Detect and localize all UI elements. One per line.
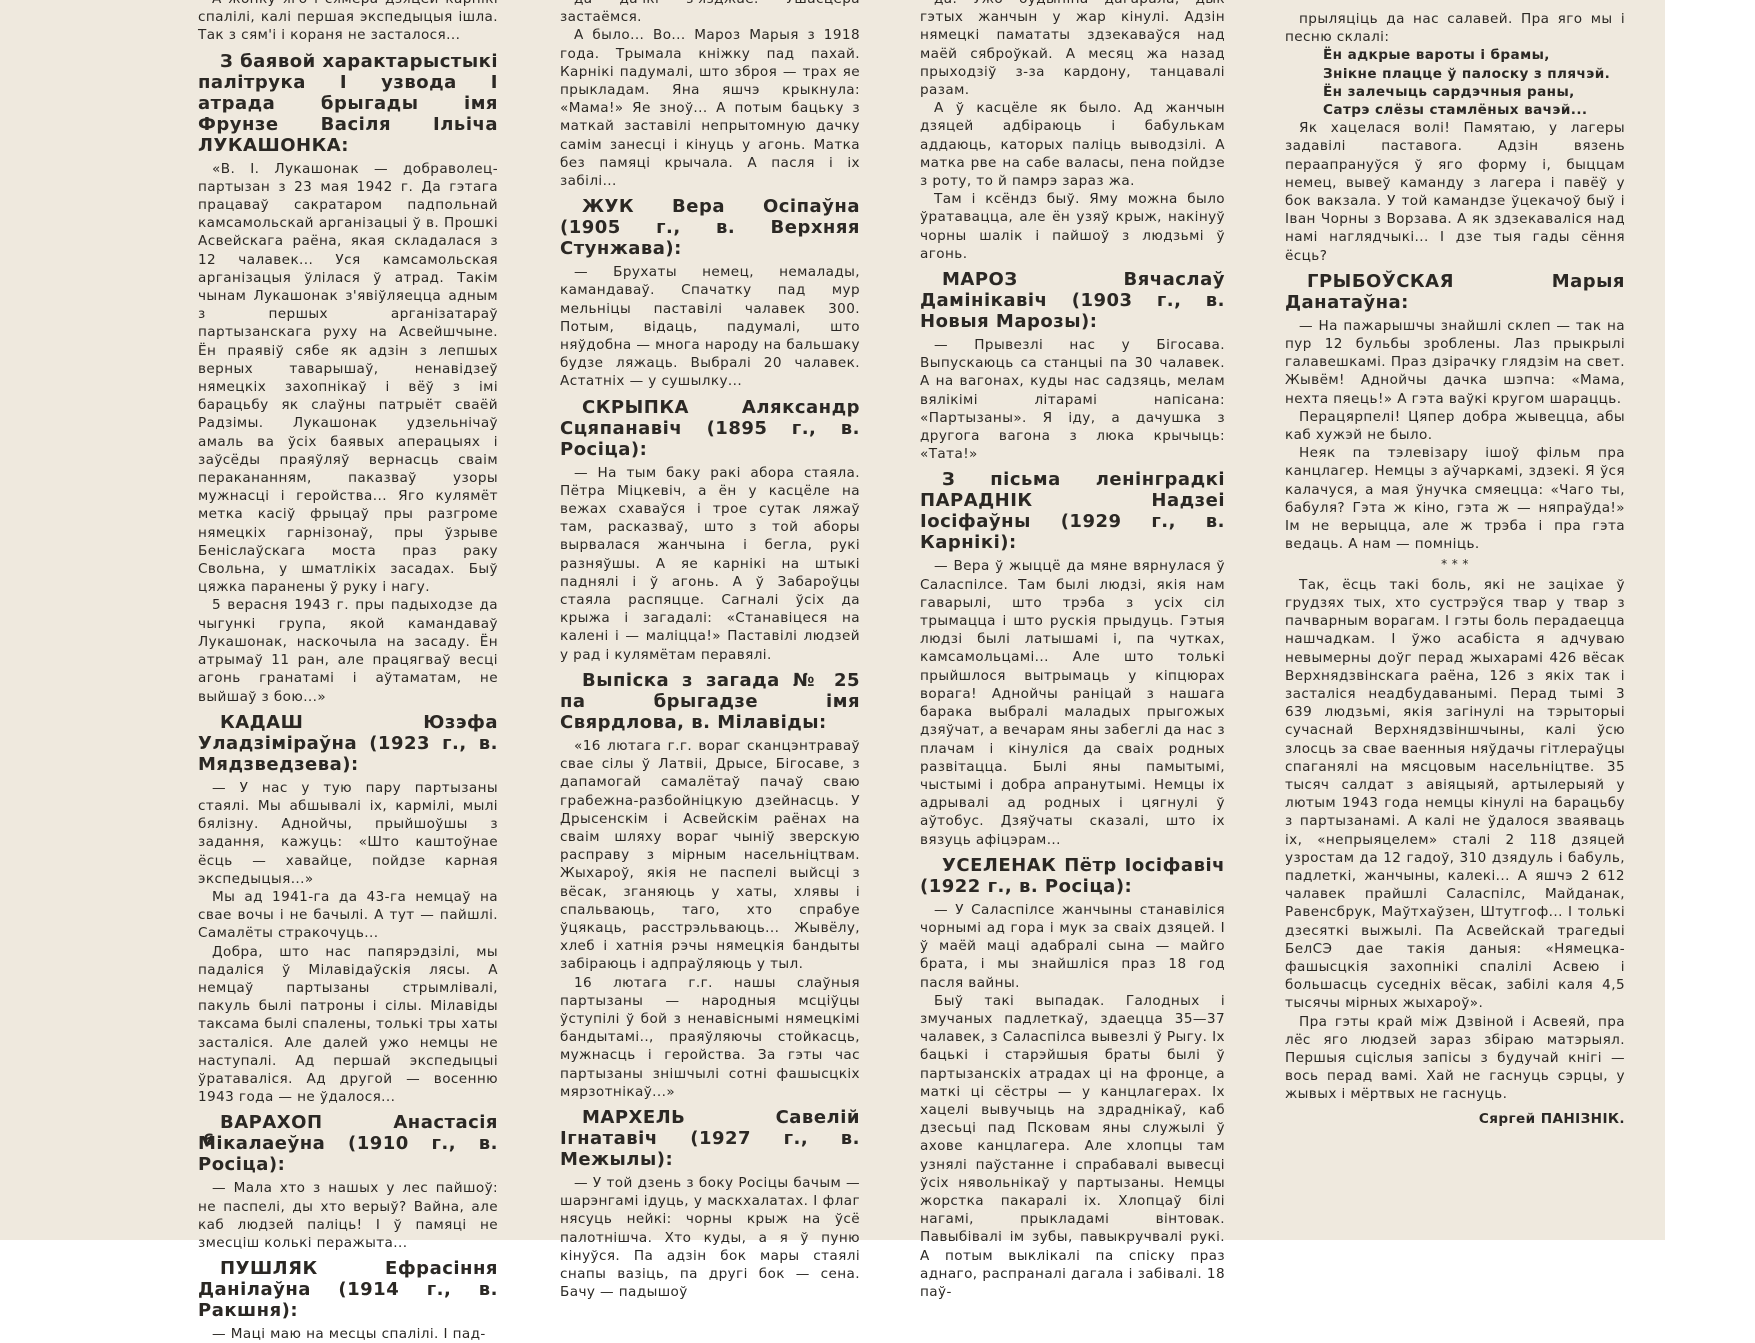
section-heading: КАДАШ Юзэфа Уладзіміраўна (1923 г., в. М…	[198, 712, 498, 775]
paragraph: А жонку яго і сямера дзяцей карнікі спал…	[198, 0, 498, 45]
paragraph: — Брухаты немец, немалады, камандаваў. С…	[560, 263, 860, 390]
paragraph: — У нас у тую пару партызаны стаялі. Мы …	[198, 779, 498, 888]
paragraph: Неяк па тэлевізару ішоў фільм пра канцла…	[1285, 444, 1625, 553]
paragraph: Пра гэты край між Дзвіной і Асвеяй, пра …	[1285, 1013, 1625, 1104]
column-4: прыляціць да нас салавей. Пра яго мы і п…	[1285, 10, 1625, 1128]
author-signature: Сяргей ПАНІЗНІК.	[1285, 1110, 1625, 1128]
section-heading: СКРЫПКА Аляксандр Сцяпанавіч (1895 г., в…	[560, 397, 860, 460]
paragraph: да дачкі з'язджае. Ушасцёра застаёмся.	[560, 0, 860, 26]
section-heading: МАРХЕЛЬ Савелій Ігнатавіч (1927 г., в. М…	[560, 1107, 860, 1170]
column-2: да дачкі з'язджае. Ушасцёра застаёмся.А …	[560, 0, 860, 1240]
column-1: А жонку яго і сямера дзяцей карнікі спал…	[198, 0, 498, 1240]
section-heading: ВАРАХОП Анастасія Мікалаеўна (1910 г., в…	[198, 1112, 498, 1175]
paragraph: Добра, што нас папярэдзілі, мы падаліся …	[198, 943, 498, 1107]
paragraph: Так, ёсць такі боль, які не заціхае ў гр…	[1285, 576, 1625, 1013]
paragraph: 16 лютага г.г. нашы слаўныя партызаны — …	[560, 974, 860, 1101]
paragraph: — У той дзень з боку Росіцы бачым — шарэ…	[560, 1174, 860, 1240]
paragraph: Быў такі выпадак. Галодных і змучаных па…	[920, 992, 1225, 1240]
section-divider: * * *	[1285, 555, 1625, 573]
paragraph: — На пажарышчы знайшлі склеп — так на пу…	[1285, 317, 1625, 408]
section-heading: З пісьма ленінградкі ПАРАДНІК Надзеі Іос…	[920, 469, 1225, 553]
paragraph: — У Саласпілсе жанчыны станавіліся чорны…	[920, 901, 1225, 992]
paragraph: прыляціць да нас салавей. Пра яго мы і п…	[1285, 10, 1625, 46]
paragraph: — На тым баку ракі абора стаяла. Пётра М…	[560, 464, 860, 664]
paragraph: 5 верасня 1943 г. пры падыходзе да чыгун…	[198, 596, 498, 705]
section-heading: ГРЫБОЎСКАЯ Марыя Данатаўна:	[1285, 271, 1625, 313]
paragraph: Там і ксёндз быў. Яму можна было ўратава…	[920, 190, 1225, 263]
paragraph: — Вера ў жыццё да мяне вярнулася ў Салас…	[920, 557, 1225, 848]
section-heading: З баявой характарыстыкі палітрука I узво…	[198, 51, 498, 156]
paragraph: «16 лютага г.г. вораг сканцэнтраваў свае…	[560, 737, 860, 974]
section-heading: Выпіска з загада № 25 па брыгадзе імя Св…	[560, 670, 860, 733]
column-3: да. Ужо будыніна дагарала, дык гэтых жан…	[920, 0, 1225, 1240]
paragraph: «В. І. Лукашонак — добраволец-партызан з…	[198, 160, 498, 597]
scan-margin	[1665, 0, 1755, 1240]
paragraph: — Мала хто з нашых у лес пайшоў: не пасп…	[198, 1179, 498, 1240]
page-number: 6	[203, 1130, 214, 1149]
section-heading: ЖУК Вера Осіпаўна (1905 г., в. Верхняя С…	[560, 196, 860, 259]
paragraph: Як хацелася волі! Памятаю, у лагеры зада…	[1285, 119, 1625, 265]
paragraph: — Прывезлі нас у Бігосава. Выпускаюць са…	[920, 336, 1225, 463]
verse-line: Знікне плацце ў палоску з плячэй.	[1323, 65, 1625, 83]
section-heading: МАРОЗ Вячаслаў Дамінікавіч (1903 г., в. …	[920, 269, 1225, 332]
paragraph: А было... Во... Мароз Марыя з 1918 года.…	[560, 26, 860, 190]
newspaper-page: А жонку яго і сямера дзяцей карнікі спал…	[0, 0, 1665, 1240]
verse-line: Сатрэ слёзы стамлёных вачэй...	[1323, 101, 1625, 119]
verse-line: Ён адкрые вароты і брамы,	[1323, 46, 1625, 64]
paragraph: да. Ужо будыніна дагарала, дык гэтых жан…	[920, 0, 1225, 99]
paragraph: Мы ад 1941-га да 43-га немцаў на свае во…	[198, 888, 498, 943]
paragraph: Перацярпелі! Цяпер добра жывецца, абы ка…	[1285, 408, 1625, 444]
verse: Ён адкрые вароты і брамы,Знікне плацце ў…	[1323, 46, 1625, 119]
section-heading: УСЕЛЕНАК Пётр Іосіфавіч (1922 г., в. Рос…	[920, 855, 1225, 897]
paragraph: А ў касцёле як было. Ад жанчын дзяцей ад…	[920, 99, 1225, 190]
verse-line: Ён залечыць сардэчныя раны,	[1323, 83, 1625, 101]
